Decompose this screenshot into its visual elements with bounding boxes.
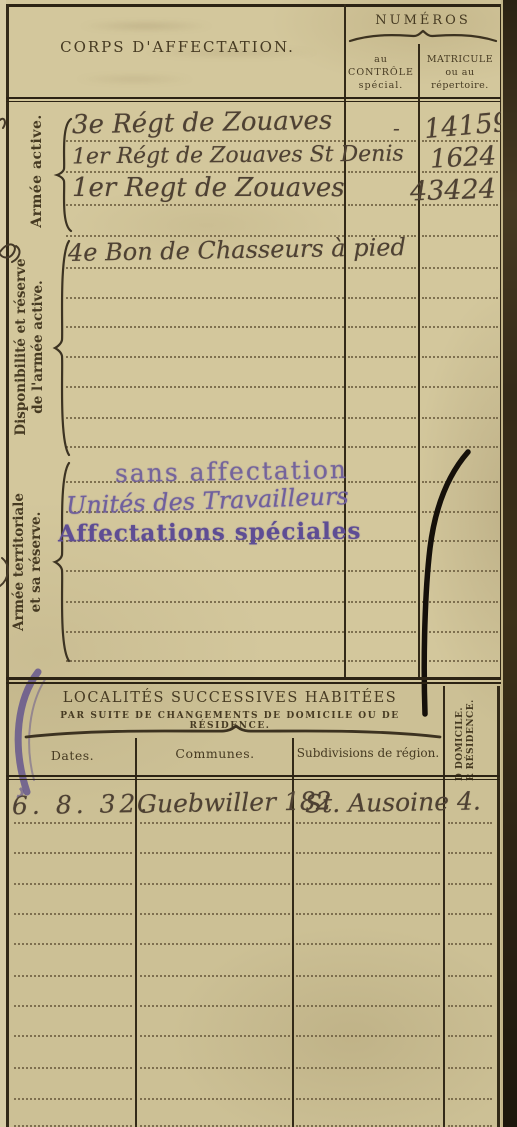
col-header-domicile-residence: D DOMICILE. R RÉSIDENCE.: [455, 681, 477, 781]
section-divider-thin: [6, 682, 503, 684]
side-column-divider: [443, 686, 445, 1127]
residence-subdivision: St. Ausoine 4.: [305, 786, 481, 818]
localites-title: LOCALITÉS SUCCESSIVES HABITÉES: [30, 690, 430, 706]
localites-header-underline-1: [6, 775, 500, 777]
military-register-scan: CORPS D'AFFECTATION. NUMÉROS au CONTRÔLE…: [0, 0, 517, 1127]
pen-stroke-mark: [0, 0, 517, 1127]
residence-commune: Guebwiller 182: [137, 786, 332, 818]
col-header-communes: Communes.: [140, 746, 290, 761]
partial-round-stamp: [0, 0, 70, 1127]
side-col-line2: R RÉSIDENCE.: [466, 681, 477, 781]
section-divider-thick: [6, 677, 503, 680]
localites-header-underline-2: [6, 779, 500, 780]
col-header-dates: Dates.: [10, 748, 135, 763]
residence-date: 6. 8. 32.: [12, 789, 152, 820]
right-border-line-bottom: [497, 686, 500, 1127]
localites-brace: [24, 724, 442, 742]
col-header-subdivisions: Subdivisions de région.: [294, 746, 442, 760]
side-col-line1: D DOMICILE.: [455, 681, 466, 781]
scan-right-edge: [503, 0, 517, 1127]
